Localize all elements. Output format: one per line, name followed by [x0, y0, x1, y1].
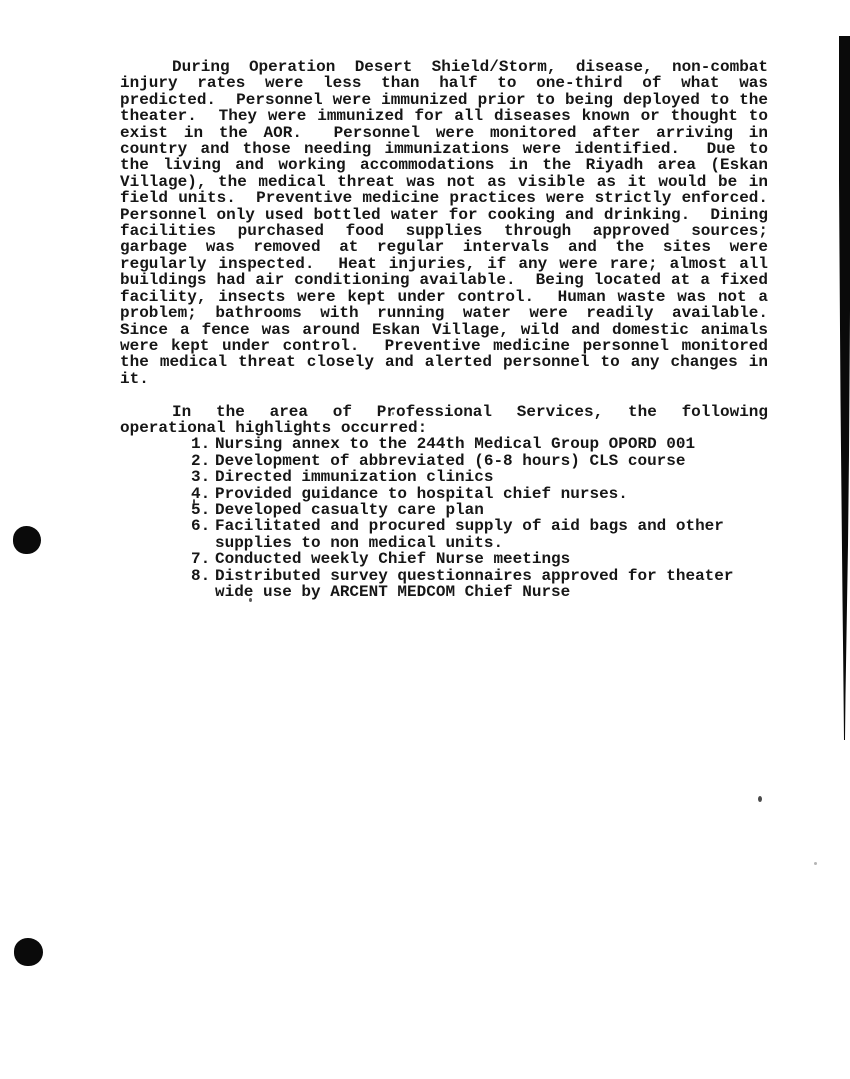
list-item-text: Developed casualty care plan: [215, 501, 484, 519]
scanned-document-page: During Operation Desert Shield/Storm, di…: [0, 0, 850, 1079]
text-line: facilities purchased food supplies throu…: [120, 223, 768, 239]
scan-speck: [193, 499, 195, 504]
text-line: Personnel only used bottled water for co…: [120, 207, 768, 223]
text-line: it.: [120, 371, 768, 387]
text-line: regularly inspected. Heat injuries, if a…: [120, 256, 768, 272]
text-line: buildings had air conditioning available…: [120, 272, 768, 288]
text-line: facility, insects were kept under contro…: [120, 289, 768, 305]
para-1: During Operation Desert Shield/Storm, di…: [120, 59, 768, 387]
text-line: operational highlights occurred:: [120, 420, 768, 436]
text-line: exist in the AOR. Personnel were monitor…: [120, 125, 768, 141]
list-item-text: Nursing annex to the 244th Medical Group…: [215, 435, 695, 453]
list-item-text: Facilitated and procured supply of aid b…: [215, 517, 724, 535]
text-line: problem; bathrooms with running water we…: [120, 305, 768, 321]
text-line: During Operation Desert Shield/Storm, di…: [120, 59, 768, 75]
list-item-text: wide use by ARCENT MEDCOM Chief Nurse: [215, 583, 570, 601]
list-item-number: 8.: [191, 568, 210, 584]
hole-punch-dot: [13, 526, 41, 554]
list-item-number: 3.: [191, 469, 210, 485]
text-line: theater. They were immunized for all dis…: [120, 108, 768, 124]
text-line: field units. Preventive medicine practic…: [120, 190, 768, 206]
list-item-text: supplies to non medical units.: [215, 534, 503, 552]
numbered-list: 1.Nursing annex to the 244th Medical Gro…: [120, 436, 768, 600]
list-item-number: 2.: [191, 453, 210, 469]
list-item-number: 6.: [191, 518, 210, 534]
list-item-text: Provided guidance to hospital chief nurs…: [215, 485, 628, 503]
list-item-number: 7.: [191, 551, 210, 567]
hole-punch-dot: [14, 938, 43, 966]
text-line: injury rates were less than half to one-…: [120, 75, 768, 91]
list-item-text: Distributed survey questionnaires approv…: [215, 567, 733, 585]
para-2: In the area of Professional Services, th…: [120, 404, 768, 437]
right-edge-bar: [839, 36, 850, 740]
list-item-number: 1.: [191, 436, 210, 452]
list-item-text: Conducted weekly Chief Nurse meetings: [215, 550, 570, 568]
text-block: During Operation Desert Shield/Storm, di…: [120, 59, 768, 600]
list-item: 7.Conducted weekly Chief Nurse meetings: [120, 551, 768, 567]
scan-speck: [392, 412, 394, 415]
list-item-text: Development of abbreviated (6-8 hours) C…: [215, 452, 685, 470]
list-item-continuation: supplies to non medical units.: [120, 535, 768, 551]
text-line: Village), the medical threat was not as …: [120, 174, 768, 190]
list-item: 5.Developed casualty care plan: [120, 502, 768, 518]
text-line: garbage was removed at regular intervals…: [120, 239, 768, 255]
text-line: were kept under control. Preventive medi…: [120, 338, 768, 354]
list-item: 3.Directed immunization clinics: [120, 469, 768, 485]
scan-speck: [814, 862, 817, 865]
list-item-text: Directed immunization clinics: [215, 468, 493, 486]
list-item: 6.Facilitated and procured supply of aid…: [120, 518, 768, 534]
text-line: predicted. Personnel were immunized prio…: [120, 92, 768, 108]
list-item: 4.Provided guidance to hospital chief nu…: [120, 486, 768, 502]
text-line: country and those needing immunizations …: [120, 141, 768, 157]
text-line: the living and working accommodations in…: [120, 157, 768, 173]
scan-speck: [249, 598, 252, 602]
list-item: 1.Nursing annex to the 244th Medical Gro…: [120, 436, 768, 452]
scan-speck: [758, 796, 762, 802]
list-item: 2.Development of abbreviated (6-8 hours)…: [120, 453, 768, 469]
text-line: the medical threat closely and alerted p…: [120, 354, 768, 370]
text-line: Since a fence was around Eskan Village, …: [120, 322, 768, 338]
list-item-continuation: wide use by ARCENT MEDCOM Chief Nurse: [120, 584, 768, 600]
text-line: In the area of Professional Services, th…: [120, 404, 768, 420]
list-item: 8.Distributed survey questionnaires appr…: [120, 568, 768, 584]
list-item-number: 5.: [191, 502, 210, 518]
